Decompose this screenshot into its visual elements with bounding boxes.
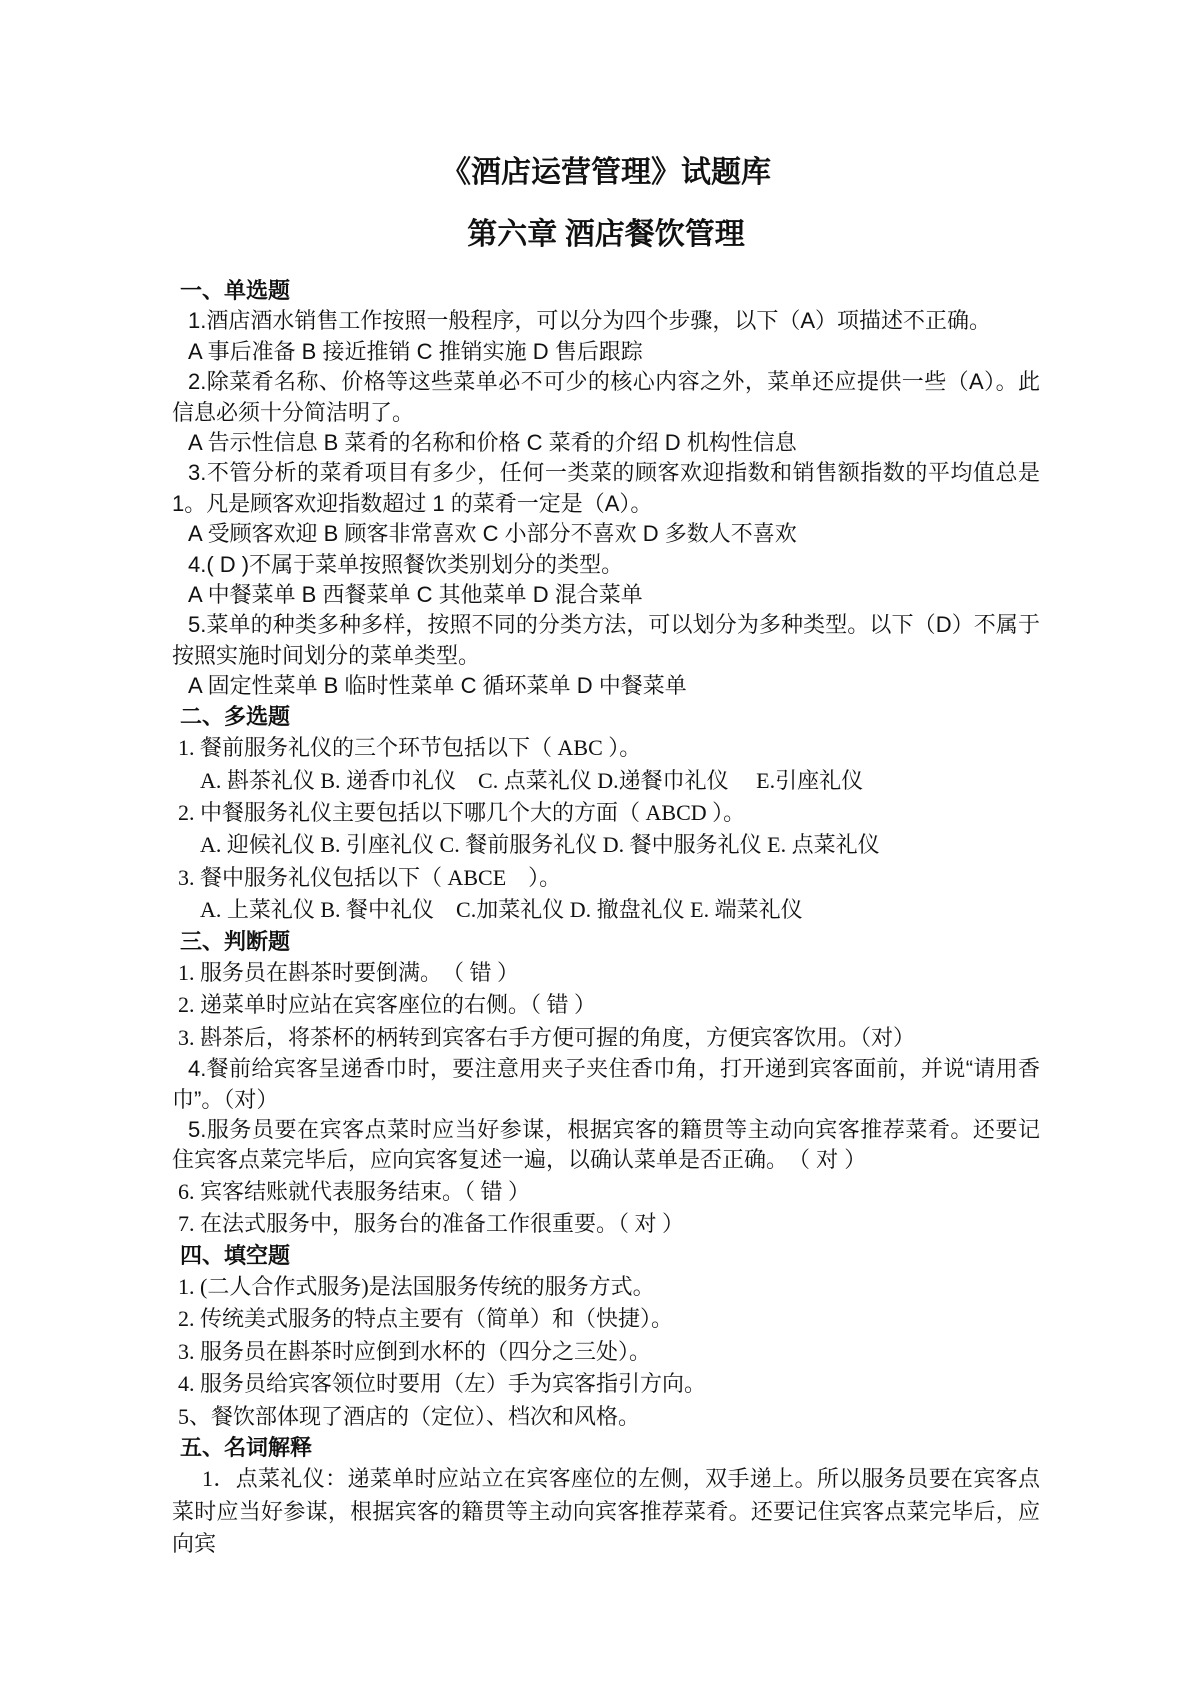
option-line: A 受顾客欢迎 B 顾客非常喜欢 C 小部分不喜欢 D 多数人不喜欢 (172, 519, 1040, 549)
option-line: A 告示性信息 B 菜肴的名称和价格 C 菜肴的介绍 D 机构性信息 (172, 428, 1040, 458)
option-line: A. 迎候礼仪 B. 引座礼仪 C. 餐前服务礼仪 D. 餐中服务礼仪 E. 点… (172, 829, 1040, 861)
section-heading-2: 二、多选题 (172, 702, 1040, 732)
fill-blank-line: 2. 传统美式服务的特点主要有（简单）和（快捷）。 (172, 1303, 1040, 1335)
true-false-line: 7. 在法式服务中，服务台的准备工作很重要。（ 对 ） (172, 1208, 1040, 1240)
fill-blank-line: 5、餐饮部体现了酒店的（定位）、档次和风格。 (172, 1401, 1040, 1433)
option-line: A. 上菜礼仪 B. 餐中礼仪 C.加菜礼仪 D. 撤盘礼仪 E. 端菜礼仪 (172, 894, 1040, 926)
true-false-line: 6. 宾客结账就代表服务结束。（ 错 ） (172, 1176, 1040, 1208)
option-line: A. 斟茶礼仪 B. 递香巾礼仪 C. 点菜礼仪 D.递餐巾礼仪 E.引座礼仪 (172, 765, 1040, 797)
true-false-line: 5.服务员要在宾客点菜时应当好参谋，根据宾客的籍贯等主动向宾客推荐菜肴。还要记住… (172, 1115, 1040, 1176)
fill-blank-line: 4. 服务员给宾客领位时要用（左）手为宾客指引方向。 (172, 1368, 1040, 1400)
question-line: 5.菜单的种类多种多样，按照不同的分类方法，可以划分为多种类型。以下（D）不属于… (172, 610, 1040, 671)
question-line: 1. 餐前服务礼仪的三个环节包括以下（ ABC ）。 (172, 732, 1040, 764)
section-heading-5: 五、名词解释 (172, 1433, 1040, 1463)
question-line: 2. 中餐服务礼仪主要包括以下哪几个大的方面（ ABCD ）。 (172, 797, 1040, 829)
question-line: 1.酒店酒水销售工作按照一般程序，可以分为四个步骤，以下（A）项描述不正确。 (172, 306, 1040, 336)
option-line: A 事后准备 B 接近推销 C 推销实施 D 售后跟踪 (172, 337, 1040, 367)
chapter-title: 第六章 酒店餐饮管理 (172, 216, 1040, 254)
question-line: 3.不管分析的菜肴项目有多少，任何一类菜的顾客欢迎指数和销售额指数的平均值总是 … (172, 458, 1040, 519)
document-page: 《酒店运营管理》试题库 第六章 酒店餐饮管理 一、单选题1.酒店酒水销售工作按照… (0, 0, 1190, 1683)
fill-blank-line: 3. 服务员在斟茶时应倒到水杯的（四分之三处）。 (172, 1336, 1040, 1368)
section-heading-3: 三、判断题 (172, 927, 1040, 957)
true-false-line: 4.餐前给宾客呈递香巾时，要注意用夹子夹住香巾角，打开递到宾客面前，并说“请用香… (172, 1054, 1040, 1115)
section-heading-1: 一、单选题 (172, 276, 1040, 306)
question-sections: 一、单选题1.酒店酒水销售工作按照一般程序，可以分为四个步骤，以下（A）项描述不… (172, 276, 1040, 1561)
question-line: 2.除菜肴名称、价格等这些菜单必不可少的核心内容之外，菜单还应提供一些（A）。此… (172, 367, 1040, 428)
true-false-line: 1. 服务员在斟茶时要倒满。 （ 错 ） (172, 957, 1040, 989)
question-line: 3. 餐中服务礼仪包括以下（ ABCE ）。 (172, 862, 1040, 894)
true-false-line: 2. 递菜单时应站在宾客座位的右侧。（ 错 ） (172, 989, 1040, 1021)
question-line: 4.( D )不属于菜单按照餐饮类别划分的类型。 (172, 550, 1040, 580)
option-line: A 固定性菜单 B 临时性菜单 C 循环菜单 D 中餐菜单 (172, 671, 1040, 701)
definition-paragraph: 1．点菜礼仪：递菜单时应站立在宾客座位的左侧，双手递上。所以服务员要在宾客点菜时… (172, 1463, 1040, 1560)
doc-title: 《酒店运营管理》试题库 (172, 154, 1040, 192)
option-line: A 中餐菜单 B 西餐菜单 C 其他菜单 D 混合菜单 (172, 580, 1040, 610)
true-false-line: 3. 斟茶后，将茶杯的柄转到宾客右手方便可握的角度，方便宾客饮用。（对） (172, 1022, 1040, 1054)
fill-blank-line: 1. (二人合作式服务)是法国服务传统的服务方式。 (172, 1271, 1040, 1303)
section-heading-4: 四、填空题 (172, 1241, 1040, 1271)
